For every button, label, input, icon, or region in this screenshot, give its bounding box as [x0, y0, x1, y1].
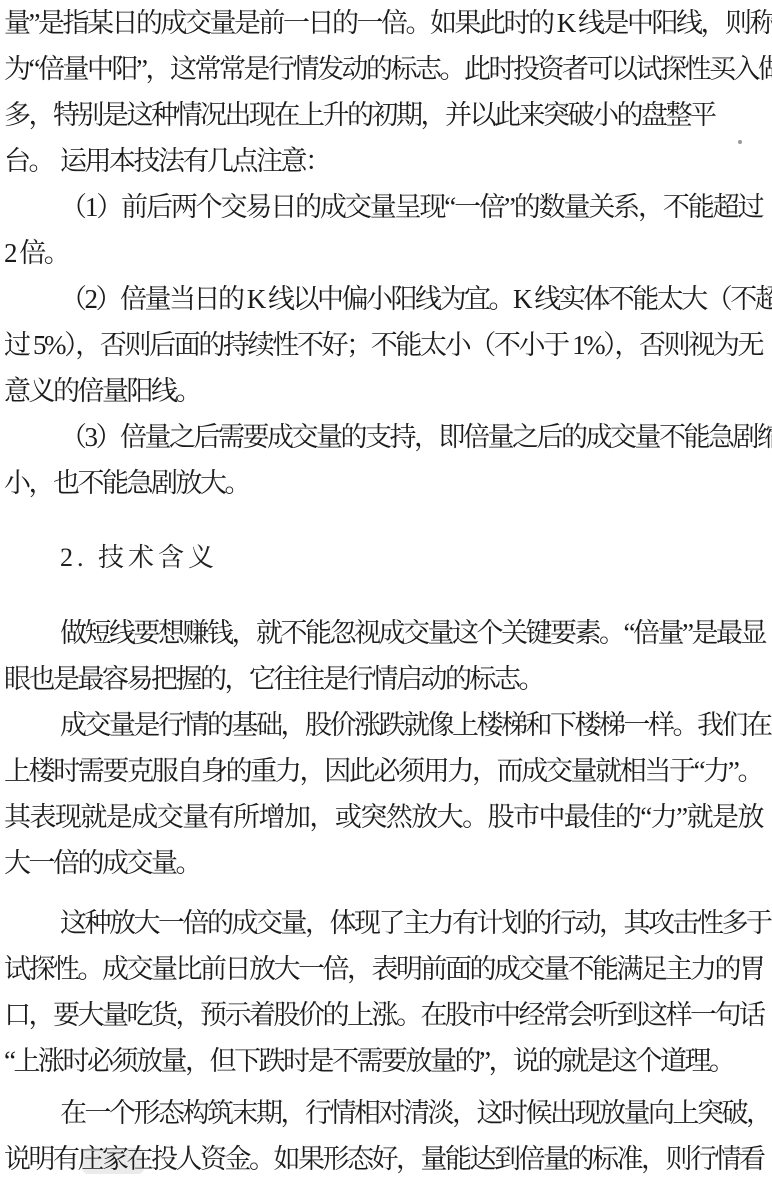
paragraph: （1）前后两个交易日的成交量呈现“一倍”的数量关系，不能超过 2 倍。: [4, 184, 762, 276]
text-line: 2 倍。: [4, 230, 762, 276]
paragraph: 成交量是行情的基础，股价涨跌就像上楼梯和下楼梯一样。我们在 上楼时需要克服自身的…: [4, 702, 762, 886]
paragraph: 做短线要想赚钱，就不能忽视成交量这个关键要素。“倍量”是最显 眼也是最容易把握的…: [4, 610, 762, 702]
text-line: （2）倍量当日的 K 线以中偏小阳线为宜。K 线实体不能太大（不超: [4, 276, 762, 322]
text-line: “上涨时必须放量，但下跌时是不需要放量的”，说的就是这个道理。: [4, 1038, 762, 1084]
scanned-book-page: 量”是指某日的成交量是前一日的一倍。如果此时的 K 线是中阳线，则称 为“倍量中…: [0, 0, 772, 1177]
paragraph: （3）倍量之后需要成交量的支持，即倍量之后的成交量不能急剧缩 小，也不能急剧放大…: [4, 414, 762, 506]
text-line: 试探性。成交量比前日放大一倍，表明前面的成交量不能满足主力的胃: [4, 946, 762, 992]
text-line: 做短线要想赚钱，就不能忽视成交量这个关键要素。“倍量”是最显: [4, 610, 762, 656]
paragraph: 运用本技法有几点注意：: [4, 138, 762, 184]
text-line: 意义的倍量阳线。: [4, 368, 762, 414]
page-text-block: 量”是指某日的成交量是前一日的一倍。如果此时的 K 线是中阳线，则称 为“倍量中…: [0, 0, 772, 1177]
text-line: 这种放大一倍的成交量，体现了主力有计划的行动，其攻击性多于: [4, 900, 762, 946]
text-line: （3）倍量之后需要成交量的支持，即倍量之后的成交量不能急剧缩: [4, 414, 762, 460]
text-line: （1）前后两个交易日的成交量呈现“一倍”的数量关系，不能超过: [4, 184, 762, 230]
text-line: 眼也是最容易把握的，它往往是行情启动的标志。: [4, 656, 762, 702]
text-line: 大一倍的成交量。: [4, 840, 762, 886]
text-line: 运用本技法有几点注意：: [4, 138, 762, 184]
scan-artifact-dot: [738, 140, 742, 144]
text-line: 量”是指某日的成交量是前一日的一倍。如果此时的 K 线是中阳线，则称: [4, 0, 762, 46]
text-line: 多，特别是这种情况出现在上升的初期，并以此来突破小的盘整平台。: [4, 92, 762, 138]
text-line: 成交量是行情的基础，股价涨跌就像上楼梯和下楼梯一样。我们在: [4, 702, 762, 748]
paragraph: 在一个形态构筑末期，行情相对清淡，这时候出现放量向上突破， 说明有庄家在投人资金…: [4, 1090, 762, 1177]
text-line: 过 5%），否则后面的持续性不好；不能太小（不小于 1%），否则视为无: [4, 322, 762, 368]
text-line: 其表现就是成交量有所增加，或突然放大。股市中最佳的“力”就是放: [4, 794, 762, 840]
text-line: 小，也不能急剧放大。: [4, 460, 762, 506]
paragraph: （2）倍量当日的 K 线以中偏小阳线为宜。K 线实体不能太大（不超 过 5%），…: [4, 276, 762, 414]
text-line: 在一个形态构筑末期，行情相对清淡，这时候出现放量向上突破，: [4, 1090, 762, 1136]
text-line: 说明有庄家在投人资金。如果形态好，量能达到倍量的标准，则行情看: [4, 1136, 762, 1177]
text-line: 口，要大量吃货，预示着股价的上涨。在股市中经常会听到这样一句话: [4, 992, 762, 1038]
paragraph: 这种放大一倍的成交量，体现了主力有计划的行动，其攻击性多于 试探性。成交量比前日…: [4, 900, 762, 1084]
text-line: 为“倍量中阳”，这常常是行情发动的标志。此时投资者可以试探性买入做: [4, 46, 762, 92]
section-heading: 2. 技术含义: [4, 535, 762, 581]
paragraph: 量”是指某日的成交量是前一日的一倍。如果此时的 K 线是中阳线，则称 为“倍量中…: [4, 0, 762, 138]
text-line: 上楼时需要克服自身的重力，因此必须用力，而成交量就相当于“力”。: [4, 748, 762, 794]
